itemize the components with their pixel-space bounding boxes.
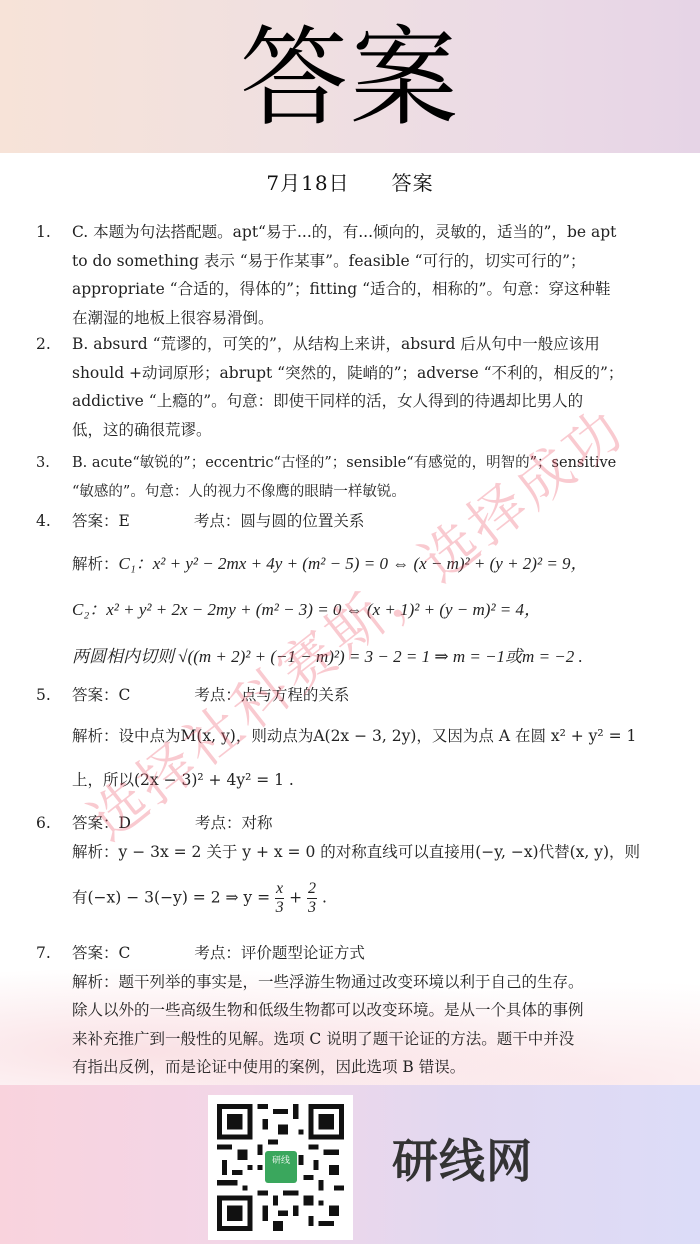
- item-number: 5.: [36, 681, 51, 710]
- answer-label: 答案：C: [72, 686, 130, 704]
- answer-label: 答案：E: [72, 512, 130, 530]
- analysis-label: 解析：: [72, 843, 119, 861]
- banner-title: 答案: [240, 25, 460, 133]
- math-equation: C₁：x² + y² − 2mx + 4y + (m² − 5) = 0 ⇔ (…: [119, 554, 588, 573]
- analysis-text: 设中点为M(x, y)，则动点为A(2x − 3, 2y)，又因为点 A 在圆 …: [119, 727, 637, 745]
- analysis-text: y − 3x = 2 关于 y + x = 0 的对称直线可以直接用(−y, −…: [119, 843, 641, 861]
- item-number: 1.: [36, 218, 51, 247]
- analysis-text: 题干列举的事实是，一些浮游生物通过改变环境以利于自己的生存。: [119, 973, 584, 991]
- analysis-text: 有指出反例，而是论证中使用的案例，因此选项 B 错误。: [72, 1053, 654, 1082]
- footer-banner: 研线 研线网: [0, 1085, 700, 1244]
- analysis-text: 有(−x) − 3(−y) = 2 ⇒ y =: [72, 889, 270, 907]
- answer-document: 7月18日答案 1. C. 本题为句法搭配题。apt“易于...的，有...倾向…: [0, 153, 700, 1085]
- fraction-2-over-3: 23: [307, 880, 317, 917]
- item-number: 4.: [36, 507, 51, 536]
- topic-label: 考点：点与方程的关系: [194, 681, 349, 710]
- qr-logo: 研线: [265, 1151, 297, 1183]
- item-line: should +动词原形；abrupt “突然的，陡峭的”；adverse “不…: [72, 359, 654, 388]
- item-line: 低，这的确很荒谬。: [72, 416, 654, 445]
- analysis-label: 解析：: [72, 727, 119, 745]
- analysis-text: 来补充推广到一般性的见解。选项 C 说明了题干论证的方法。题干中并没: [72, 1025, 654, 1054]
- item-number: 6.: [36, 809, 51, 838]
- topic-label: 考点：圆与圆的位置关系: [194, 507, 365, 536]
- math-equation: 两圆相内切则 √((m + 2)² + (−1 − m)²) = 3 − 2 =…: [72, 647, 583, 666]
- item-number: 3.: [36, 449, 50, 478]
- plus-sign: +: [289, 889, 302, 907]
- item-line: 在潮湿的地板上很容易滑倒。: [72, 304, 654, 333]
- brand-name: 研线网: [392, 1125, 533, 1191]
- answer-label: 答案：D: [72, 814, 131, 832]
- item-line: addictive “上瘾的”。句意：即使干同样的活，女人得到的待遇却比男人的: [72, 387, 654, 416]
- topic-label: 考点：对称: [195, 809, 273, 838]
- item-line: to do something 表示 “易于作某事”。feasible “可行的…: [72, 247, 654, 276]
- item-number: 7.: [36, 939, 51, 968]
- period: .: [322, 889, 327, 907]
- item-line: “敏感的”。句意：人的视力不像鹰的眼睛一样敏锐。: [72, 478, 654, 507]
- fraction-x-over-3: x3: [275, 880, 284, 917]
- math-equation: C₂：x² + y² + 2x − 2my + (m² − 3) = 0 ⇔ (…: [72, 600, 541, 619]
- item-line: C. 本题为句法搭配题。apt“易于...的，有...倾向的，灵敏的，适当的”，…: [72, 218, 654, 247]
- analysis-label: 解析：: [72, 555, 119, 573]
- item-number: 2.: [36, 330, 51, 359]
- analysis-text: 上，所以(2x − 3)² + 4y² = 1 .: [72, 771, 294, 789]
- heading-date: 7月18日: [266, 171, 349, 195]
- item-line: B. absurd “荒谬的，可笑的”，从结构上来讲，absurd 后从句中一般…: [72, 330, 654, 359]
- analysis-text: 除人以外的一些高级生物和低级生物都可以改变环境。是从一个具体的事例: [72, 996, 654, 1025]
- title-banner: 答案: [0, 0, 700, 153]
- topic-label: 考点：评价题型论证方式: [194, 939, 365, 968]
- analysis-label: 解析：: [72, 973, 119, 991]
- answer-label: 答案：C: [72, 944, 130, 962]
- heading-label: 答案: [392, 171, 434, 195]
- item-line: B. acute“敏锐的”；eccentric“古怪的”；sensible“有感…: [72, 449, 654, 478]
- document-heading: 7月18日答案: [0, 167, 700, 196]
- qr-code[interactable]: 研线: [208, 1095, 353, 1240]
- item-line: appropriate “合适的，得体的”；fitting “适合的，相称的”。…: [72, 275, 654, 304]
